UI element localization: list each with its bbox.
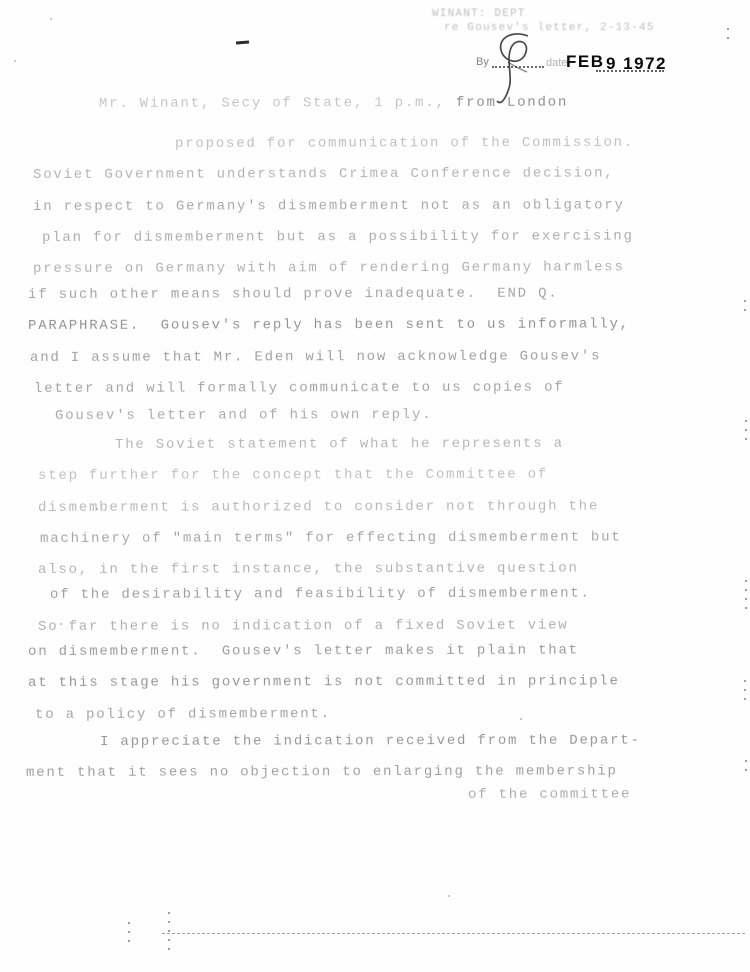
typewritten-line: So far there is no indication of a fixed… bbox=[38, 618, 569, 635]
scan-speck bbox=[14, 60, 16, 62]
typewritten-line: ment that it sees no objection to enlarg… bbox=[26, 763, 618, 781]
typewritten-line: Soviet Government understands Crimea Con… bbox=[33, 165, 615, 183]
typewritten-line: I appreciate the indication received fro… bbox=[100, 733, 641, 750]
typewritten-line: pressure on Germany with aim of renderin… bbox=[33, 259, 625, 277]
address-place: from London bbox=[456, 95, 568, 111]
corner-note-line1: WINANT: DEPT bbox=[432, 8, 526, 20]
typewritten-line: PARAPHRASE. Gousev's reply has been sent… bbox=[28, 316, 630, 334]
typewritten-line: dismemberment is authorized to consider … bbox=[38, 499, 599, 516]
scan-noise-dots bbox=[745, 420, 747, 447]
scan-noise-dots bbox=[745, 580, 747, 616]
typewritten-line: of the desirability and feasibility of d… bbox=[50, 586, 591, 603]
bottom-scan-line bbox=[162, 933, 745, 934]
typewritten-line: The Soviet statement of what he represen… bbox=[115, 436, 564, 453]
stamp-date-label: date bbox=[546, 57, 567, 69]
scan-speck bbox=[50, 18, 52, 20]
stamp-by-label: By bbox=[476, 56, 489, 68]
stamp-day-year: 9 1972 bbox=[606, 54, 667, 74]
typewritten-line: machinery of "main terms" for effecting … bbox=[40, 529, 622, 547]
pen-dash-mark bbox=[236, 41, 249, 45]
scan-noise-dots bbox=[745, 760, 747, 778]
typewritten-line: Gousev's letter and of his own reply. bbox=[55, 407, 432, 424]
scan-noise-dots bbox=[128, 922, 130, 949]
scan-noise-dots bbox=[168, 912, 170, 957]
typewritten-line: step further for the concept that the Co… bbox=[38, 467, 548, 484]
typewritten-line: proposed for communication of the Commis… bbox=[175, 135, 634, 152]
typewritten-line: plan for dismemberment but as a possibil… bbox=[42, 228, 634, 246]
address-line: Mr. Winant, Secy of State, 1 p.m., from … bbox=[58, 79, 568, 128]
scan-speck bbox=[60, 623, 62, 625]
typewritten-line: if such other means should prove inadequ… bbox=[28, 286, 559, 303]
stamp-month: FEB bbox=[566, 52, 605, 72]
scan-noise-dots bbox=[727, 28, 729, 46]
scanned-telegram-page: WINANT: DEPT re Gousev's letter, 2-13-45… bbox=[0, 0, 750, 972]
scan-speck bbox=[96, 508, 98, 510]
address-prefix: Mr. Winant, Secy of State, 1 p.m., bbox=[99, 95, 456, 112]
corner-note-line2: re Gousev's letter, 2-13-45 bbox=[444, 22, 655, 34]
typewritten-line: on dismemberment. Gousev's letter makes … bbox=[28, 643, 579, 660]
scan-speck bbox=[520, 718, 522, 720]
typewritten-line: letter and will formally communicate to … bbox=[34, 380, 565, 397]
scan-speck bbox=[448, 895, 450, 897]
scan-noise-dots bbox=[744, 300, 746, 318]
scan-noise-dots bbox=[744, 680, 746, 707]
typewritten-line: and I assume that Mr. Eden will now ackn… bbox=[30, 349, 601, 366]
typewritten-line: at this stage his government is not comm… bbox=[28, 673, 620, 691]
typewritten-line: of the committee bbox=[468, 787, 631, 803]
typewritten-line: in respect to Germany's dismemberment no… bbox=[33, 197, 625, 215]
typewritten-line: to a policy of dismemberment. bbox=[35, 706, 331, 723]
typewritten-line: also, in the first instance, the substan… bbox=[38, 561, 579, 578]
